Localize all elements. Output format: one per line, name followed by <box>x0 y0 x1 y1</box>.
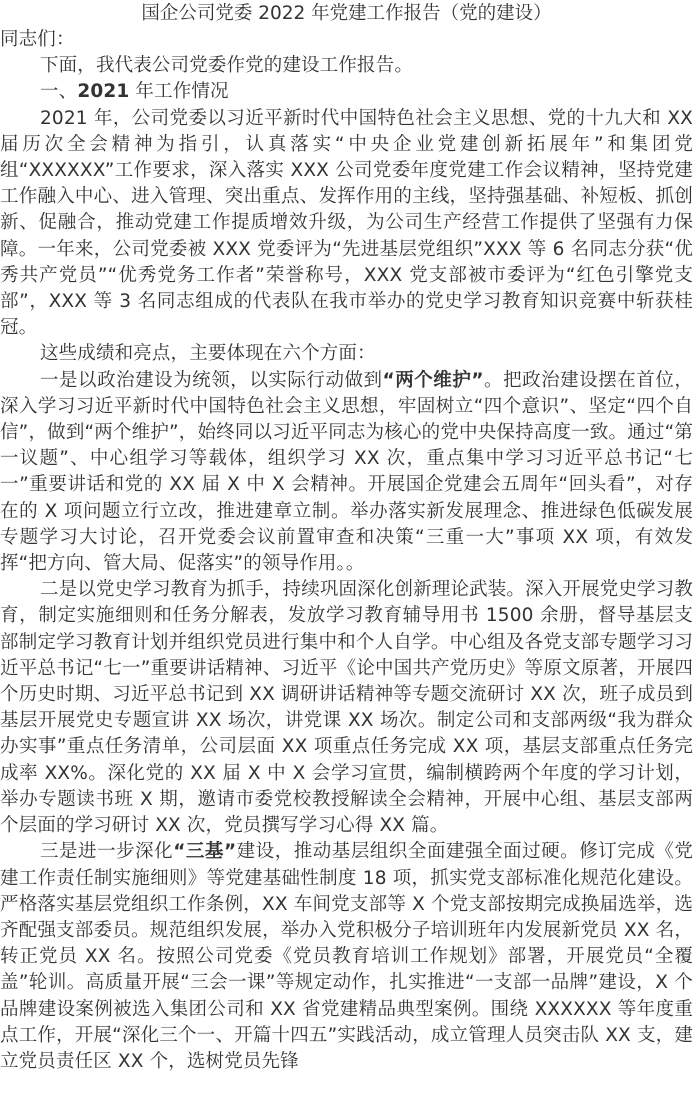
salutation: 同志们： <box>0 27 693 53</box>
point-3-paragraph: 三是进一步深化“三基”建设，推动基层组织全面建强全面过硬。修订完成《党建工作责任… <box>0 839 693 1075</box>
point-3-bold-phrase: “三基” <box>173 841 236 862</box>
summary-paragraph: 2021 年，公司党委以习近平新时代中国特色社会主义思想、党的十九大和 XX 届… <box>0 106 693 342</box>
intro-paragraph: 下面，我代表公司党委作党的建设工作报告。 <box>0 53 693 79</box>
point-3-lead: 三是进一步深化 <box>40 841 173 862</box>
point-1-body: 。把政治建设摆在首位，深入学习习近平新时代中国特色社会主义思想，牢固树立“四个意… <box>0 370 693 574</box>
point-1-bold-phrase: “两个维护” <box>383 370 484 391</box>
point-2-paragraph: 二是以党史学习教育为抓手，持续巩固深化创新理论武装。深入开展党史学习教育，制定实… <box>0 577 693 839</box>
section-heading-suffix: 年工作情况 <box>129 81 228 102</box>
section-heading-1: 一、2021 年工作情况 <box>0 79 693 105</box>
point-1-lead: 一是以政治建设为统领，以实际行动做到 <box>40 370 383 391</box>
section-heading-year: 2021 <box>77 81 129 102</box>
point-3-body: 建设，推动基层组织全面建强全面过硬。修订完成《党建工作责任制实施细则》等党建基础… <box>0 841 693 1072</box>
aspects-intro-paragraph: 这些成绩和亮点，主要体现在六个方面： <box>0 341 693 367</box>
document-page: 国企公司党委 2022 年党建工作报告（党的建设） 同志们： 下面，我代表公司党… <box>0 0 693 1075</box>
section-heading-prefix: 一、 <box>40 81 77 102</box>
document-title: 国企公司党委 2022 年党建工作报告（党的建设） <box>0 0 693 27</box>
point-1-paragraph: 一是以政治建设为统领，以实际行动做到“两个维护”。把政治建设摆在首位，深入学习习… <box>0 368 693 578</box>
